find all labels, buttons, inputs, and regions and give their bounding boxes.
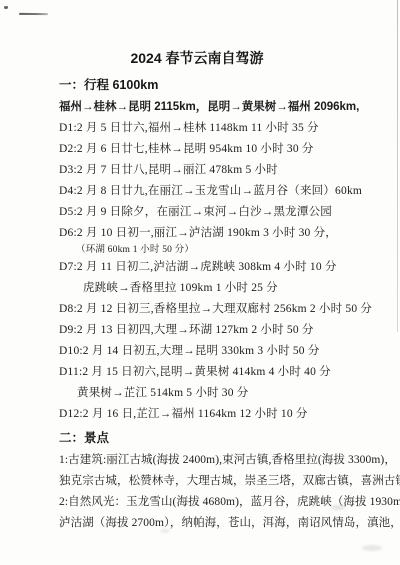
document-content: 2024 春节云南自驾游 一：行程 6100km 福州→桂林→昆明 2115km… xyxy=(59,50,335,538)
itinerary-list: D1:2 月 5 日廿六,福州→桂林 1148km 11 小时 35 分 D2:… xyxy=(59,122,335,420)
itinerary-subline-tiger-leaping: 虎跳峡→香格里拉 109km 1 小时 25 分 xyxy=(59,282,335,294)
itinerary-subline-huangguoshu: 黄果树→芷江 514km 5 小时 30 分 xyxy=(59,387,335,399)
itinerary-subline-lake-loop: （环湖 60km 1 小时 50 分） xyxy=(59,245,335,255)
itinerary-line-d5: D5:2 月 9 日除夕，在丽江→束河→白沙→黑龙潭公园 xyxy=(59,206,335,218)
spots-line-architecture-2: 独克宗古城，松赞林寺，大理古城，崇圣三塔，双廊古镇，喜洲古镇。 xyxy=(59,475,335,487)
document-title: 2024 春节云南自驾游 xyxy=(59,50,335,66)
scenic-spots-list: 1:古建筑:丽江古城(海拔 2400m),束河古镇,香格里拉(海拔 3300m)… xyxy=(59,454,335,529)
section1-heading: 一：行程 6100km xyxy=(59,78,335,92)
itinerary-line-d12: D12:2 月 16 日,芷江→福州 1164km 12 小时 10 分 xyxy=(59,408,335,420)
itinerary-line-d7: D7:2 月 11 日初二,泸沽湖→虎跳峡 308km 4 小时 10 分 xyxy=(59,261,335,273)
itinerary-line-d4: D4:2 月 8 日廿九,在丽江→玉龙雪山→蓝月谷（来回）60km xyxy=(59,185,335,197)
scan-artifact-line xyxy=(19,13,48,15)
spots-line-nature-2: 泸沽湖（海拔 2700m），纳帕海，苍山，洱海，南诏风情岛，滇池， xyxy=(59,517,335,529)
itinerary-line-d2: D2:2 月 6 日廿七,桂林→昆明 954km 10 小时 30 分 xyxy=(59,143,335,155)
scan-artifact-dot xyxy=(4,6,8,9)
section2-heading: 二：景点 xyxy=(59,431,335,445)
itinerary-line-d1: D1:2 月 5 日廿六,福州→桂林 1148km 11 小时 35 分 xyxy=(59,122,335,134)
itinerary-line-d8: D8:2 月 12 日初三,香格里拉→大理双廊村 256km 2 小时 50 分 xyxy=(59,303,335,315)
scan-smudge xyxy=(362,545,382,551)
page-edge-line xyxy=(397,0,398,332)
itinerary-line-d9: D9:2 月 13 日初四,大理→环湖 127km 2 小时 50 分 xyxy=(59,324,335,336)
itinerary-line-d11: D11:2 月 15 日初六,昆明→黄果树 414km 4 小时 40 分 xyxy=(59,366,335,378)
itinerary-line-d10: D10:2 月 14 日初五,大理→昆明 330km 3 小时 50 分 xyxy=(59,345,335,357)
spots-line-nature-1: 2:自然风光：玉龙雪山(海拔 4680m)，蓝月谷，虎跳峡（海拔 1930m)， xyxy=(59,496,335,508)
itinerary-line-d6: D6:2 月 10 日初一,丽江→泸沽湖 190km 3 小时 30 分， xyxy=(59,227,335,239)
scanned-document-page: 2024 春节云南自驾游 一：行程 6100km 福州→桂林→昆明 2115km… xyxy=(0,0,400,565)
route-summary-line: 福州→桂林→昆明 2115km，昆明→黄果树→福州 2096km, xyxy=(59,101,335,114)
spots-line-architecture-1: 1:古建筑:丽江古城(海拔 2400m),束河古镇,香格里拉(海拔 3300m)… xyxy=(59,454,335,466)
itinerary-line-d3: D3:2 月 7 日廿八,昆明→丽江 478km 5 小时 xyxy=(59,164,335,176)
